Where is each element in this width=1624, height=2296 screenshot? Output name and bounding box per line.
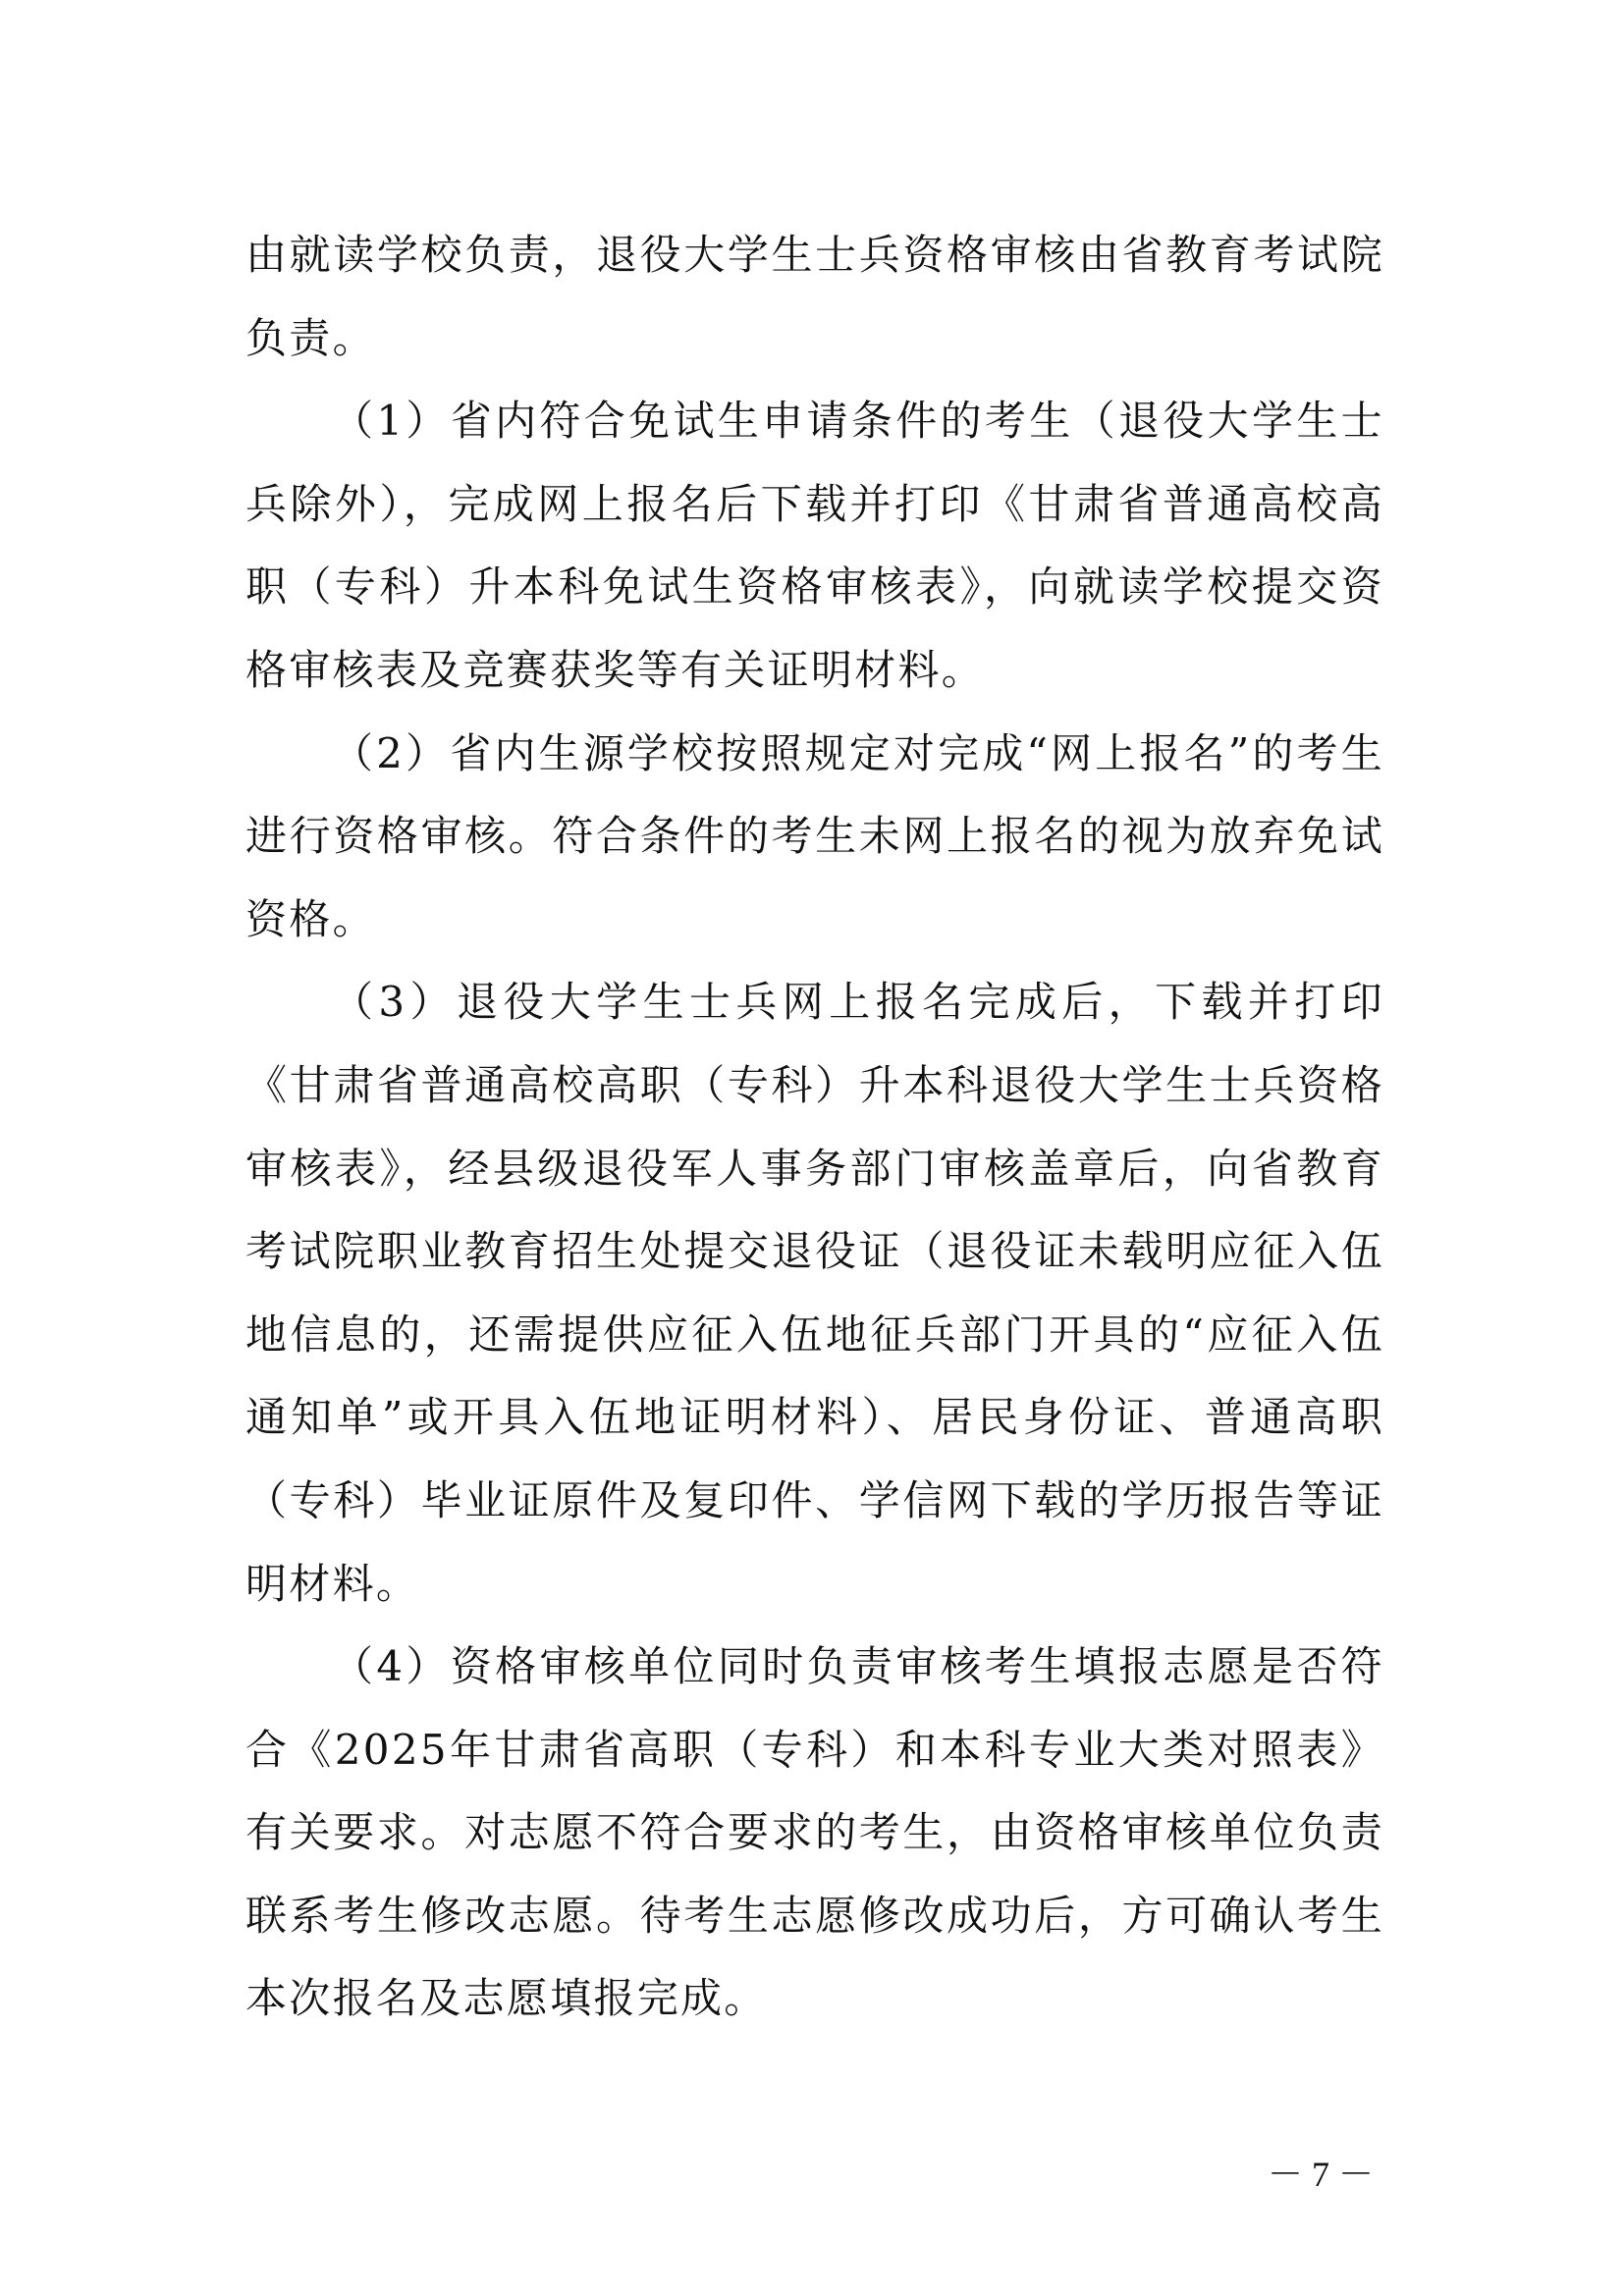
paragraph-continuation: 由就读学校负责，退役大学生士兵资格审核由省教育考试院负责。 [245, 214, 1384, 380]
paragraph-item-4: （4）资格审核单位同时负责审核考生填报志愿是否符合《2025年甘肃省高职（专科）… [245, 1626, 1384, 2041]
body-text: 由就读学校负责，退役大学生士兵资格审核由省教育考试院负责。 （1）省内符合免试生… [245, 214, 1384, 2041]
page-number: － 7 － [1267, 2150, 1375, 2199]
paragraph-item-3: （3）退役大学生士兵网上报名完成后，下载并打印《甘肃省普通高校高职（专科）升本科… [245, 961, 1384, 1626]
document-page: 由就读学校负责，退役大学生士兵资格审核由省教育考试院负责。 （1）省内符合免试生… [0, 0, 1624, 2296]
paragraph-item-2: （2）省内生源学校按照规定对完成“网上报名”的考生进行资格审核。符合条件的考生未… [245, 713, 1384, 962]
paragraph-item-1: （1）省内符合免试生申请条件的考生（退役大学生士兵除外），完成网上报名后下载并打… [245, 380, 1384, 712]
